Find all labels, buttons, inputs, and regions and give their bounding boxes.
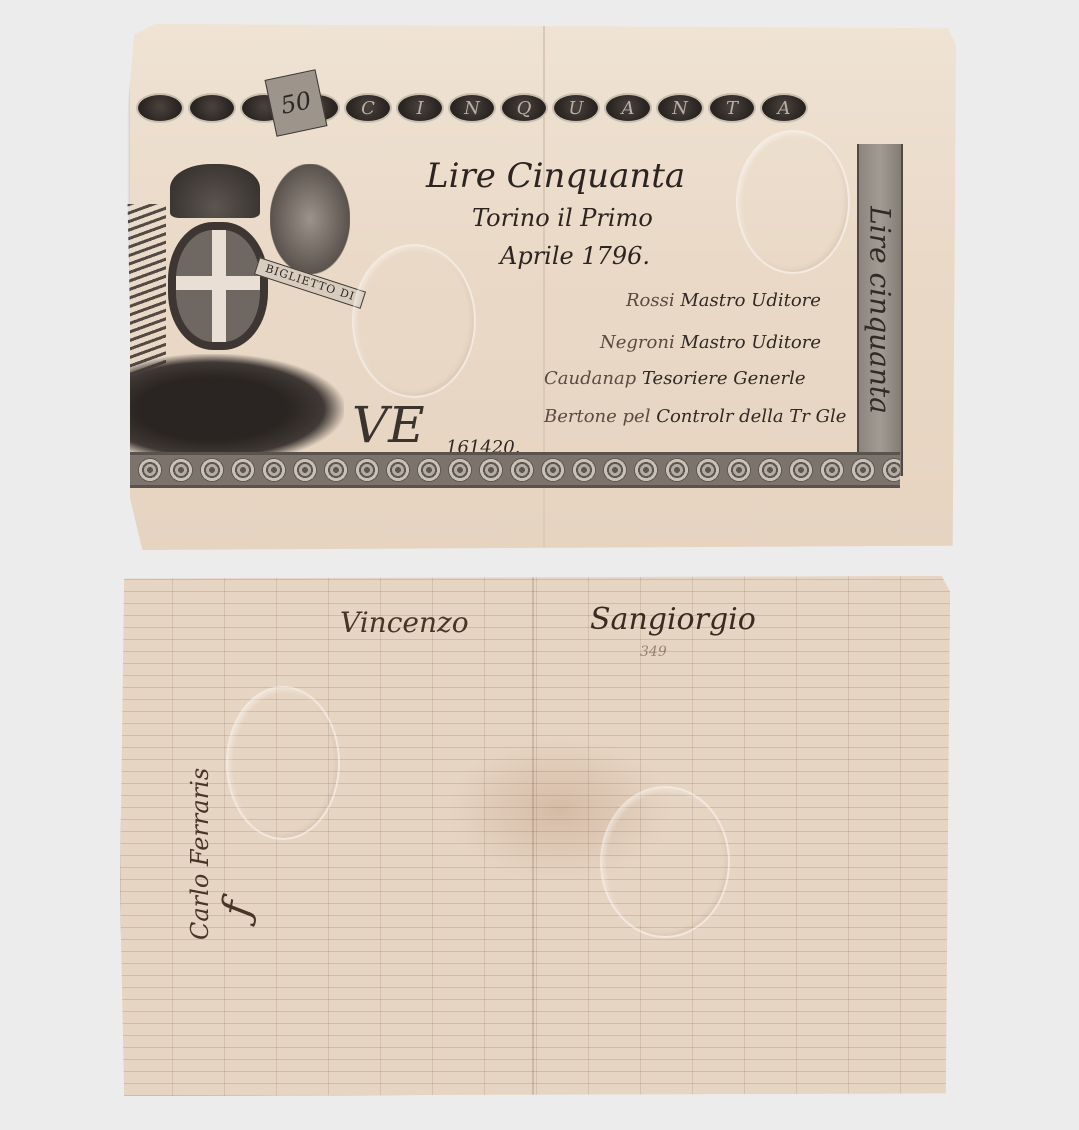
- ring-ornament: [324, 458, 348, 482]
- dry-seal-emboss: [600, 786, 730, 938]
- band-letter: I: [396, 93, 444, 123]
- ring-ornament: [138, 458, 162, 482]
- ring-ornament: [603, 458, 627, 482]
- back-flourish: ƒ: [213, 898, 261, 921]
- band-letter: N: [448, 93, 496, 123]
- savoy-cross-shield-icon: [168, 222, 268, 350]
- dry-seal-emboss: [226, 686, 340, 840]
- band-letter: Q: [500, 93, 548, 123]
- band-letter: A: [760, 93, 808, 123]
- savoy-coat-of-arms: 50 BIGLIETTO DI: [130, 144, 360, 464]
- ring-ornament: [634, 458, 658, 482]
- ring-ornament: [572, 458, 596, 482]
- dry-seal-emboss: [736, 130, 850, 274]
- leaf-ornament: [136, 93, 184, 123]
- bottom-border-band: [130, 452, 900, 488]
- ring-ornament: [231, 458, 255, 482]
- eagle-icon: [124, 354, 344, 464]
- issue-date: Aprile 1796.: [500, 242, 650, 270]
- signature-line: Bertone pel Controlr della Tr Gle: [544, 406, 846, 427]
- ring-ornament: [448, 458, 472, 482]
- dry-seal-emboss: [352, 244, 476, 398]
- denomination-flag: 50: [265, 69, 328, 137]
- back-signature-vertical: Carlo Ferraris: [186, 700, 214, 940]
- leaf-ornament: [188, 93, 236, 123]
- ring-ornament: [789, 458, 813, 482]
- royal-monogram: VE: [352, 396, 425, 454]
- signature-line: Negroni Mastro Uditore: [600, 332, 821, 353]
- fold-line: [532, 576, 534, 1096]
- banknote-front: C I N Q U A N T A Lire cinquanta 50 BIGL…: [130, 24, 956, 551]
- ring-ornament: [541, 458, 565, 482]
- ring-ornament: [820, 458, 844, 482]
- flag-number: 50: [278, 86, 314, 120]
- ring-ornament: [355, 458, 379, 482]
- ring-ornament: [169, 458, 193, 482]
- band-letter: U: [552, 93, 600, 123]
- ring-ornament: [262, 458, 286, 482]
- ring-ornament: [727, 458, 751, 482]
- ring-ornament: [200, 458, 224, 482]
- ring-ornament: [510, 458, 534, 482]
- back-signature: Sangiorgio: [590, 602, 756, 637]
- ring-ornament: [665, 458, 689, 482]
- ring-ornament: [386, 458, 410, 482]
- signature-line: Rossi Mastro Uditore: [626, 290, 821, 311]
- side-band-text: Lire cinquanta: [864, 206, 897, 414]
- ring-ornament: [293, 458, 317, 482]
- ring-ornament: [882, 458, 900, 482]
- ring-ornament: [851, 458, 875, 482]
- ring-ornament: [417, 458, 441, 482]
- band-letter: C: [344, 93, 392, 123]
- ring-ornament: [758, 458, 782, 482]
- back-mark: 349: [640, 644, 667, 660]
- band-letter: N: [656, 93, 704, 123]
- back-signature: Vincenzo: [340, 606, 469, 639]
- band-letter: A: [604, 93, 652, 123]
- cherub-figure: [270, 164, 350, 274]
- note-title: Lire Cinquanta: [426, 156, 685, 196]
- banknote-back: Vincenzo Sangiorgio 349 Carlo Ferraris ƒ: [120, 576, 950, 1096]
- signature-line: Caudanap Tesoriere Generle: [544, 368, 806, 389]
- ring-ornament: [696, 458, 720, 482]
- issue-place: Torino il Primo: [472, 204, 653, 232]
- top-border-band: C I N Q U A N T A: [130, 90, 906, 126]
- crown-icon: [170, 164, 260, 218]
- side-border-band: Lire cinquanta: [857, 144, 903, 476]
- band-letter: T: [708, 93, 756, 123]
- ring-ornament: [479, 458, 503, 482]
